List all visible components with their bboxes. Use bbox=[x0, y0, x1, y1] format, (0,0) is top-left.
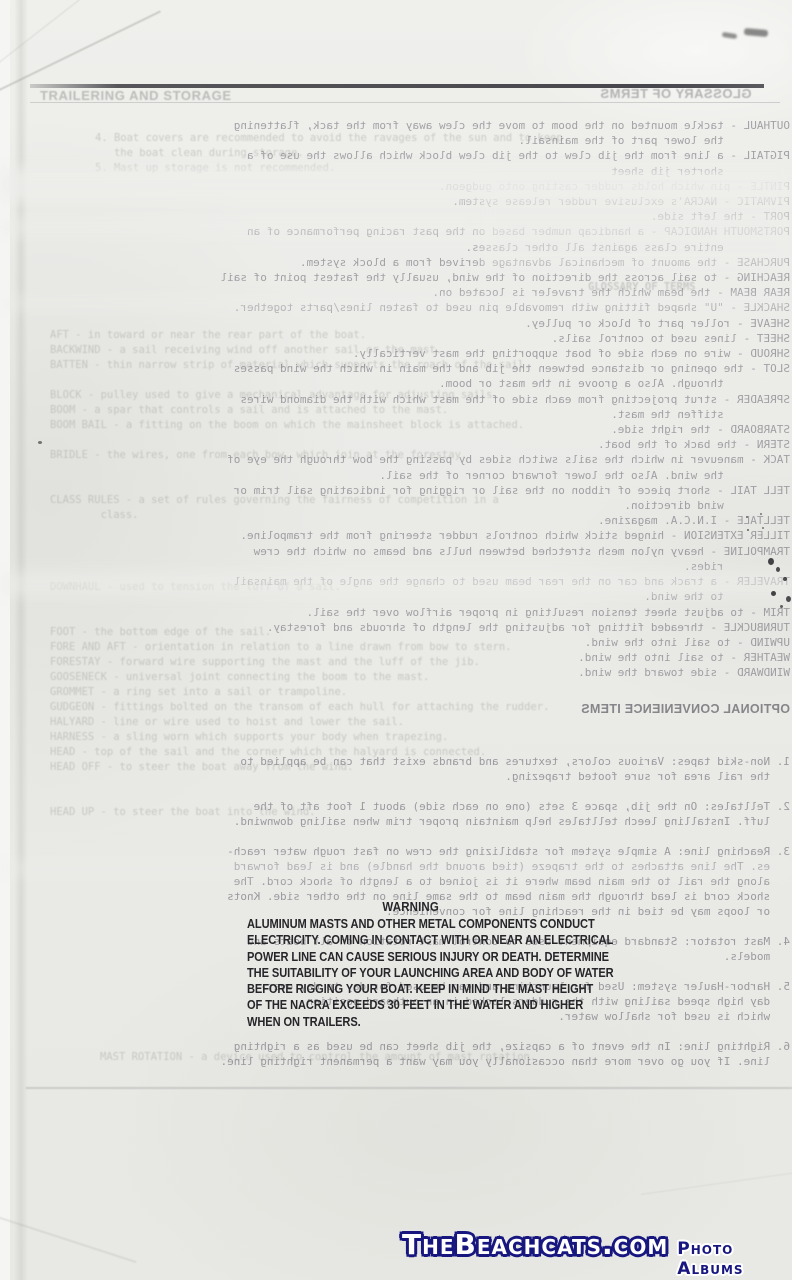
ink-speck bbox=[762, 527, 764, 529]
ink-speck bbox=[786, 596, 791, 602]
watermark-site-text: TheBeachcats.com bbox=[402, 1228, 668, 1261]
ink-speck bbox=[38, 441, 42, 444]
watermark: TheBeachcats.com Photo Albums bbox=[402, 1228, 792, 1279]
paper-wash bbox=[0, 296, 792, 310]
pencil-smudge bbox=[744, 28, 769, 37]
ink-speck bbox=[776, 567, 780, 572]
paper-wash bbox=[0, 572, 792, 596]
watermark-photo-albums-text: Photo Albums bbox=[677, 1239, 792, 1279]
mirrored-header-glossary: GLOSSARY OF TERMS bbox=[600, 86, 752, 101]
ink-speck bbox=[760, 513, 762, 515]
paper-crease bbox=[641, 1166, 792, 1195]
mirrored-optional-items-header: OPTIONAL CONVENIENCE ITEMS bbox=[34, 702, 790, 716]
ink-speck bbox=[747, 529, 749, 531]
warning-title: WARNING bbox=[247, 899, 574, 914]
ink-speck bbox=[768, 558, 774, 565]
ink-speck bbox=[780, 605, 783, 608]
paper-wash bbox=[0, 862, 792, 876]
faint-header-trailering: TRAILERING AND STORAGE bbox=[40, 88, 232, 103]
ink-speck bbox=[771, 591, 776, 596]
ink-speck bbox=[783, 577, 787, 581]
paper-wash bbox=[480, 180, 792, 270]
pencil-smudge bbox=[722, 32, 738, 39]
warning-block: WARNING ALUMINUM MASTS AND OTHER METAL C… bbox=[247, 899, 574, 1030]
ink-speck bbox=[746, 516, 748, 518]
bottom-faint-rule bbox=[26, 1087, 792, 1089]
warning-body: ALUMINUM MASTS AND OTHER METAL COMPONENT… bbox=[247, 916, 574, 1030]
scanned-document-page: TRAILERING AND STORAGE GLOSSARY OF TERMS… bbox=[0, 0, 792, 1280]
